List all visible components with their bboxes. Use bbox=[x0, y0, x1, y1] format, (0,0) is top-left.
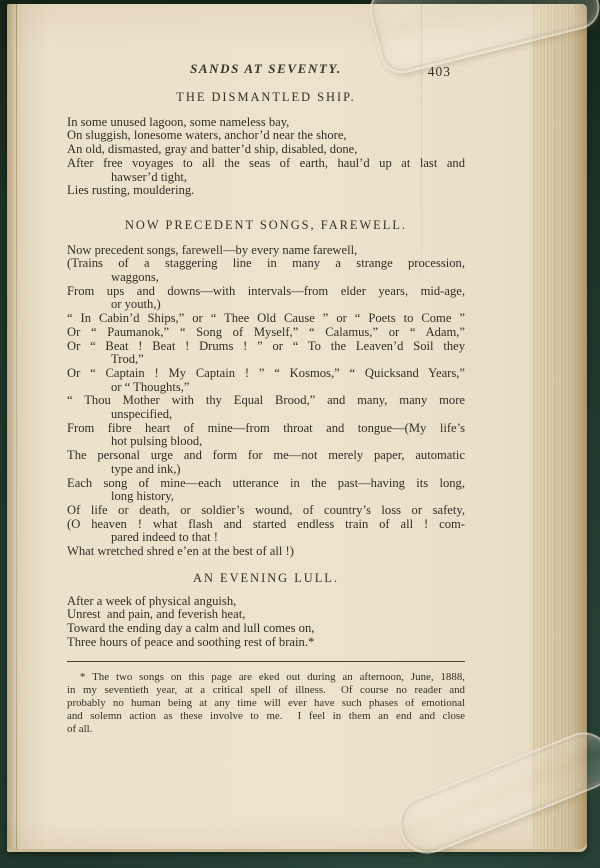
poem-line: Or “ Captain ! My Captain ! ” “ Kosmos,”… bbox=[67, 367, 465, 381]
poem-line: hot pulsing blood, bbox=[67, 435, 465, 449]
poem-line: type and ink,) bbox=[67, 463, 465, 477]
poem-line: Trod,” bbox=[67, 353, 465, 367]
footnote: * The two songs on this page are eked ou… bbox=[67, 661, 465, 736]
footnote-line: probably no human being at any time will… bbox=[67, 697, 465, 710]
poem-title: AN EVENING LULL. bbox=[67, 572, 465, 586]
poem-an-evening-lull: AN EVENING LULL. After a week of physica… bbox=[67, 572, 465, 650]
poem-body: Now precedent songs, farewell—by every n… bbox=[67, 244, 465, 559]
book-page: SANDS AT SEVENTY. 403 THE DISMANTLED SHI… bbox=[7, 4, 587, 852]
poem-line: (O heaven ! what flash and started endle… bbox=[67, 518, 465, 532]
poem-line: On sluggish, lonesome waters, anchor’d n… bbox=[67, 129, 465, 143]
poem-line: Three hours of peace and soothing rest o… bbox=[67, 636, 465, 650]
poem-now-precedent-songs-farewell: NOW PRECEDENT SONGS, FAREWELL. Now prece… bbox=[67, 219, 465, 559]
poem-line: (Trains of a staggering line in many a s… bbox=[67, 257, 465, 271]
binding-gutter-shadow bbox=[7, 4, 47, 849]
poem-line: Unrest and pain, and feverish heat, bbox=[67, 608, 465, 622]
footnote-line: in my seventieth year, at a critical spe… bbox=[67, 684, 465, 697]
page-text-block: SANDS AT SEVENTY. 403 THE DISMANTLED SHI… bbox=[67, 62, 465, 736]
poem-line: Toward the ending day a calm and lull co… bbox=[67, 622, 465, 636]
footnote-line: and solemn action as these involve to me… bbox=[67, 710, 465, 723]
poem-line: or youth,) bbox=[67, 298, 465, 312]
footnote-line: of all. bbox=[67, 723, 465, 736]
page-edge-stack bbox=[531, 4, 587, 849]
poem-line: hawser’d tight, bbox=[67, 171, 465, 185]
poem-line: The personal urge and form for me—not me… bbox=[67, 449, 465, 463]
poem-line: Each song of mine—each utterance in the … bbox=[67, 477, 465, 491]
book-photo-scene: SANDS AT SEVENTY. 403 THE DISMANTLED SHI… bbox=[0, 0, 600, 868]
poem-line: “ Thou Mother with thy Equal Brood,” and… bbox=[67, 394, 465, 408]
poem-line: unspecified, bbox=[67, 408, 465, 422]
poem-line: After free voyages to all the seas of ea… bbox=[67, 157, 465, 171]
poem-line: Lies rusting, mouldering. bbox=[67, 184, 465, 198]
poem-line: “ In Cabin’d Ships,” or “ Thee Old Cause… bbox=[67, 312, 465, 326]
poem-line: From fibre heart of mine—from throat and… bbox=[67, 422, 465, 436]
poem-title: NOW PRECEDENT SONGS, FAREWELL. bbox=[67, 219, 465, 233]
poem-line: pared indeed to that ! bbox=[67, 531, 465, 545]
poem-line: or “ Thoughts,” bbox=[67, 381, 465, 395]
poem-line: Of life or death, or soldier’s wound, of… bbox=[67, 504, 465, 518]
binding-crease-line bbox=[16, 4, 17, 849]
poem-the-dismantled-ship: THE DISMANTLED SHIP. In some unused lago… bbox=[67, 91, 465, 198]
poem-line: After a week of physical anguish, bbox=[67, 595, 465, 609]
footnote-line: * The two songs on this page are eked ou… bbox=[67, 671, 465, 684]
poem-line: Now precedent songs, farewell—by every n… bbox=[67, 244, 465, 258]
poem-line: waggons, bbox=[67, 271, 465, 285]
poem-line: long history, bbox=[67, 490, 465, 504]
poem-body: After a week of physical anguish,Unrest … bbox=[67, 595, 465, 650]
poem-line: From ups and downs—with intervals—from e… bbox=[67, 285, 465, 299]
poem-line: In some unused lagoon, some nameless bay… bbox=[67, 116, 465, 130]
poem-line: An old, dismasted, gray and batter’d shi… bbox=[67, 143, 465, 157]
poem-title: THE DISMANTLED SHIP. bbox=[67, 91, 465, 105]
poem-line: What wretched shred e’en at the best of … bbox=[67, 545, 465, 559]
page-number: 403 bbox=[428, 65, 451, 79]
poem-line: Or “ Paumanok,” “ Song of Myself,” “ Cal… bbox=[67, 326, 465, 340]
poem-line: Or “ Beat ! Beat ! Drums ! ” or “ To the… bbox=[67, 340, 465, 354]
poem-body: In some unused lagoon, some nameless bay… bbox=[67, 116, 465, 198]
